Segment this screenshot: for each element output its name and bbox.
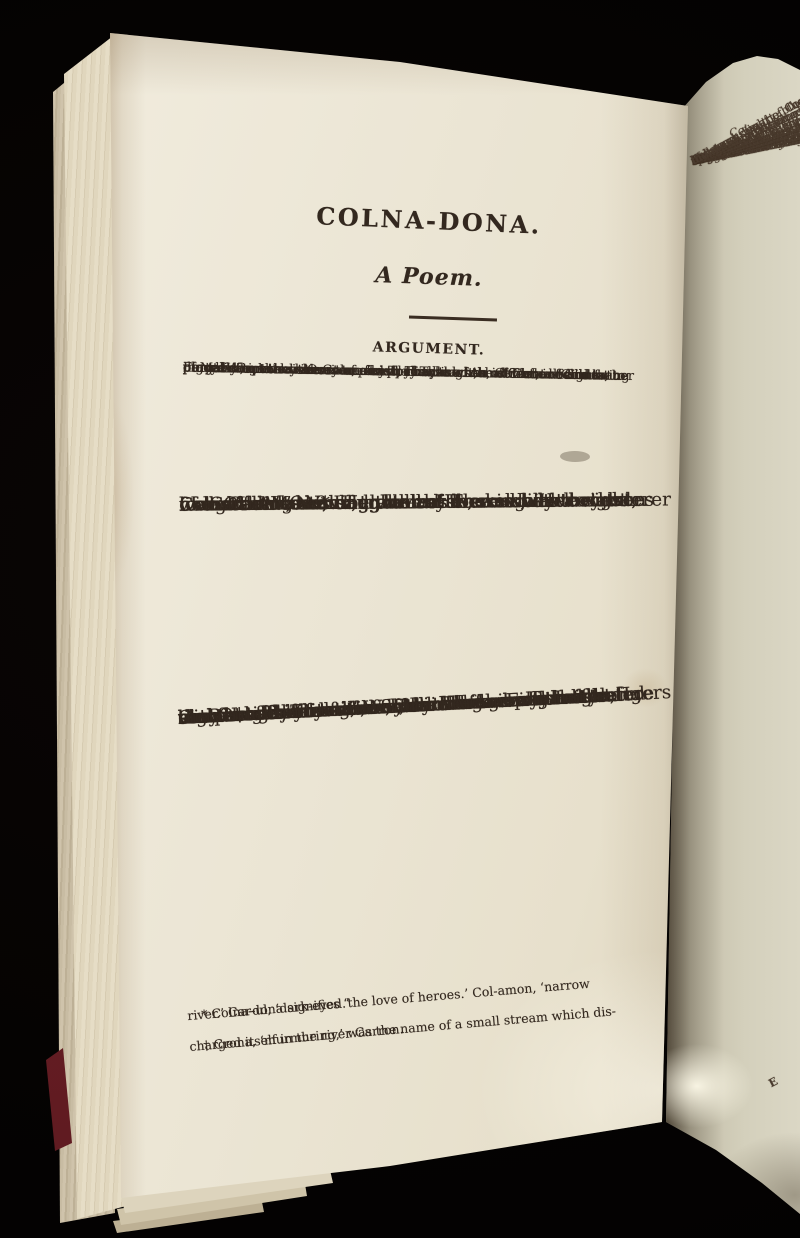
footnote-1: * Colna-dona signifies ‘the love of hero… xyxy=(187,970,663,1008)
argument-heading: ARGUMENT. xyxy=(185,334,673,364)
argument-paragraph: Fingal despatches Ossian, and Toscar, th… xyxy=(183,361,665,370)
signature-mark: E xyxy=(766,1075,780,1090)
poem-subtitle: A Poem. xyxy=(185,255,674,298)
book-photograph: Colna-Dona. I took a stone from the stre… xyxy=(0,0,800,1238)
section-divider-rule xyxy=(409,315,497,321)
poem-paragraph-2: Beneath the voice of the king we moved t… xyxy=(177,681,670,707)
poem-paragraph-1: COL-AMON* of troubled streams, dark wand… xyxy=(179,488,671,493)
ink-smudge xyxy=(560,451,590,463)
page-title: COLNA-DONA. xyxy=(185,196,674,245)
right-page-text: I took a stone from the stream, amidof b… xyxy=(692,150,800,156)
